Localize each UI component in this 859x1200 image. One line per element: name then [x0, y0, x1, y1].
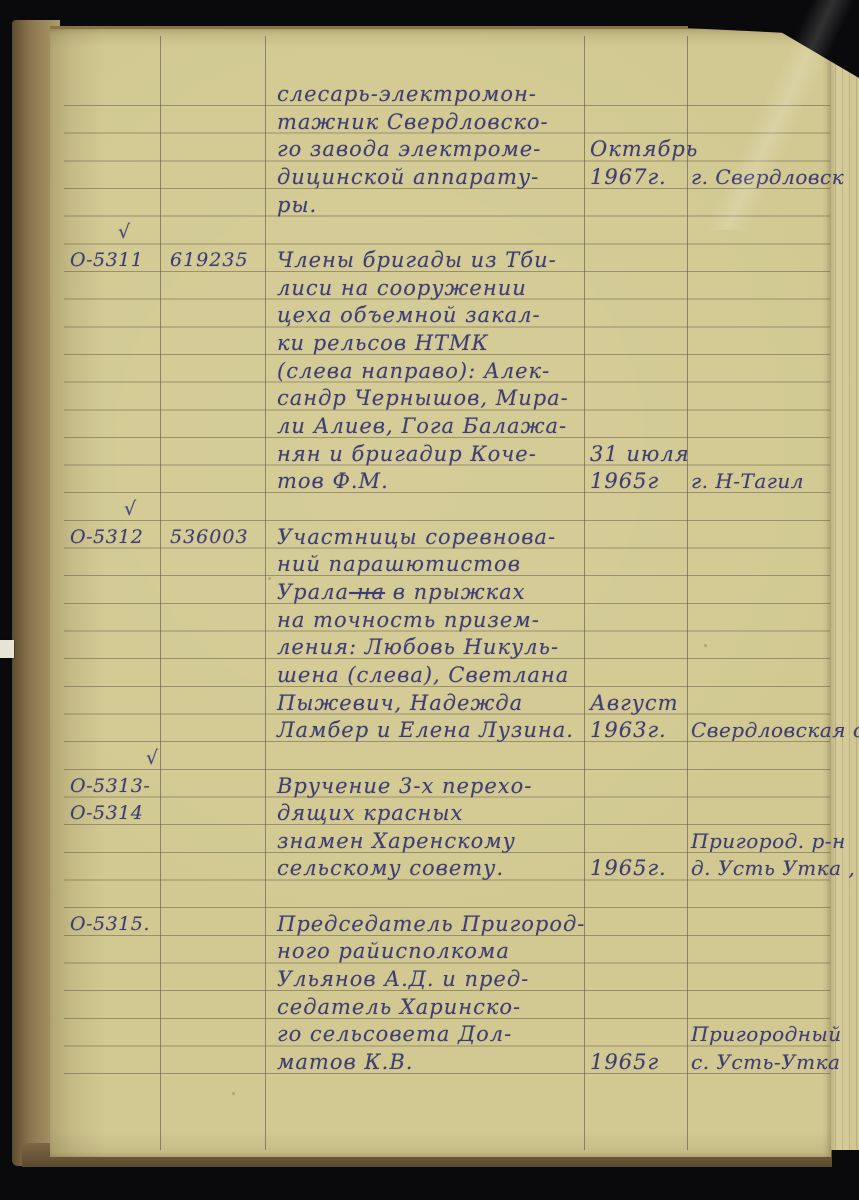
scanned-ledger-photo: слесарь-электромон-тажник Свердловско-го…	[0, 0, 859, 1200]
description-line: шена (слева), Светлана	[277, 662, 569, 688]
place-line: д. Усть Утка ,	[691, 855, 855, 881]
description-line: Урала на в прыжках	[277, 579, 526, 605]
paper-speck	[268, 577, 271, 580]
place-line: г. Н-Тагил	[691, 468, 804, 494]
column-divider-id	[160, 36, 161, 1150]
description-line: ного райисполкома	[277, 938, 510, 964]
description-line: цеха объемной закал-	[277, 302, 541, 328]
date-line: Октябрь	[590, 136, 698, 162]
description-line: Пыжевич, Надежда	[277, 690, 523, 716]
place-line: Пригородный	[691, 1021, 842, 1047]
entry-id: О-5312	[70, 524, 143, 550]
paper-speck	[232, 1092, 235, 1095]
description-line: го сельсовета Дол-	[277, 1021, 512, 1047]
description-line: ки рельсов НТМК	[277, 330, 489, 356]
description-line: тажник Свердловско-	[277, 109, 549, 135]
paper-speck	[704, 644, 707, 647]
description-line: тов Ф.М.	[277, 468, 389, 494]
description-line: сандр Чернышов, Мира-	[277, 385, 569, 411]
description-line: Члены бригады из Тби-	[277, 247, 557, 273]
entry-id: О-5313-	[70, 773, 150, 799]
negative-number: 536003	[170, 524, 249, 550]
description-line: Ульянов А.Д. и пред-	[277, 966, 529, 992]
description-line: Участницы соревнова-	[277, 524, 556, 550]
description-line: нян и бригадир Коче-	[277, 441, 537, 467]
description-line: ры.	[277, 192, 317, 218]
description-line: Ламбер и Елена Лузина.	[277, 717, 574, 743]
description-line: (слева направо): Алек-	[277, 358, 550, 384]
checkmark: √	[124, 496, 137, 522]
place-line: с. Усть-Утка	[691, 1049, 840, 1075]
description-line: Председатель Пригород-	[277, 911, 585, 937]
underlying-pages-edge	[828, 34, 859, 1150]
date-line: 1965г.	[590, 855, 667, 881]
date-line: 31 июля	[590, 441, 690, 467]
description-line: Вручение 3-х перехо-	[277, 773, 532, 799]
column-divider-negative-number	[265, 36, 266, 1150]
column-divider-date	[687, 36, 688, 1150]
description-line: го завода электроме-	[277, 136, 541, 162]
negative-number: 619235	[170, 247, 249, 273]
description-line: знамен Харенскому	[277, 828, 516, 854]
description-line: дящих красных	[277, 800, 463, 826]
date-line: 1965г	[590, 1049, 659, 1075]
place-line: Пригород. р-н	[691, 828, 846, 854]
place-line: г. Свердловск	[691, 164, 844, 190]
description-line: седатель Харинско-	[277, 994, 521, 1020]
entry-id: О-5314	[70, 800, 143, 826]
checkmark: √	[146, 745, 159, 771]
date-line: Август	[590, 690, 679, 716]
paper-tab	[0, 640, 14, 658]
date-line: 1965г	[590, 468, 659, 494]
date-line: 1963г.	[590, 717, 667, 743]
date-line: 1967г.	[590, 164, 667, 190]
description-line: слесарь-электромон-	[277, 81, 537, 107]
entry-id: О-5311	[70, 247, 143, 273]
description-line: дицинской аппарату-	[277, 164, 539, 190]
entry-id: О-5315.	[70, 911, 150, 937]
place-line: Свердловская обл.	[691, 717, 859, 743]
description-line: ления: Любовь Никуль-	[277, 634, 559, 660]
description-line: ли Алиев, Гога Балажа-	[277, 413, 567, 439]
description-line: ний парашютистов	[277, 551, 521, 577]
checkmark: √	[118, 219, 131, 245]
column-divider-description	[584, 36, 585, 1150]
description-line: матов К.В.	[277, 1049, 413, 1075]
description-line: сельскому совету.	[277, 855, 504, 881]
description-line: лиси на сооружении	[277, 275, 527, 301]
description-line: на точность призем-	[277, 607, 540, 633]
